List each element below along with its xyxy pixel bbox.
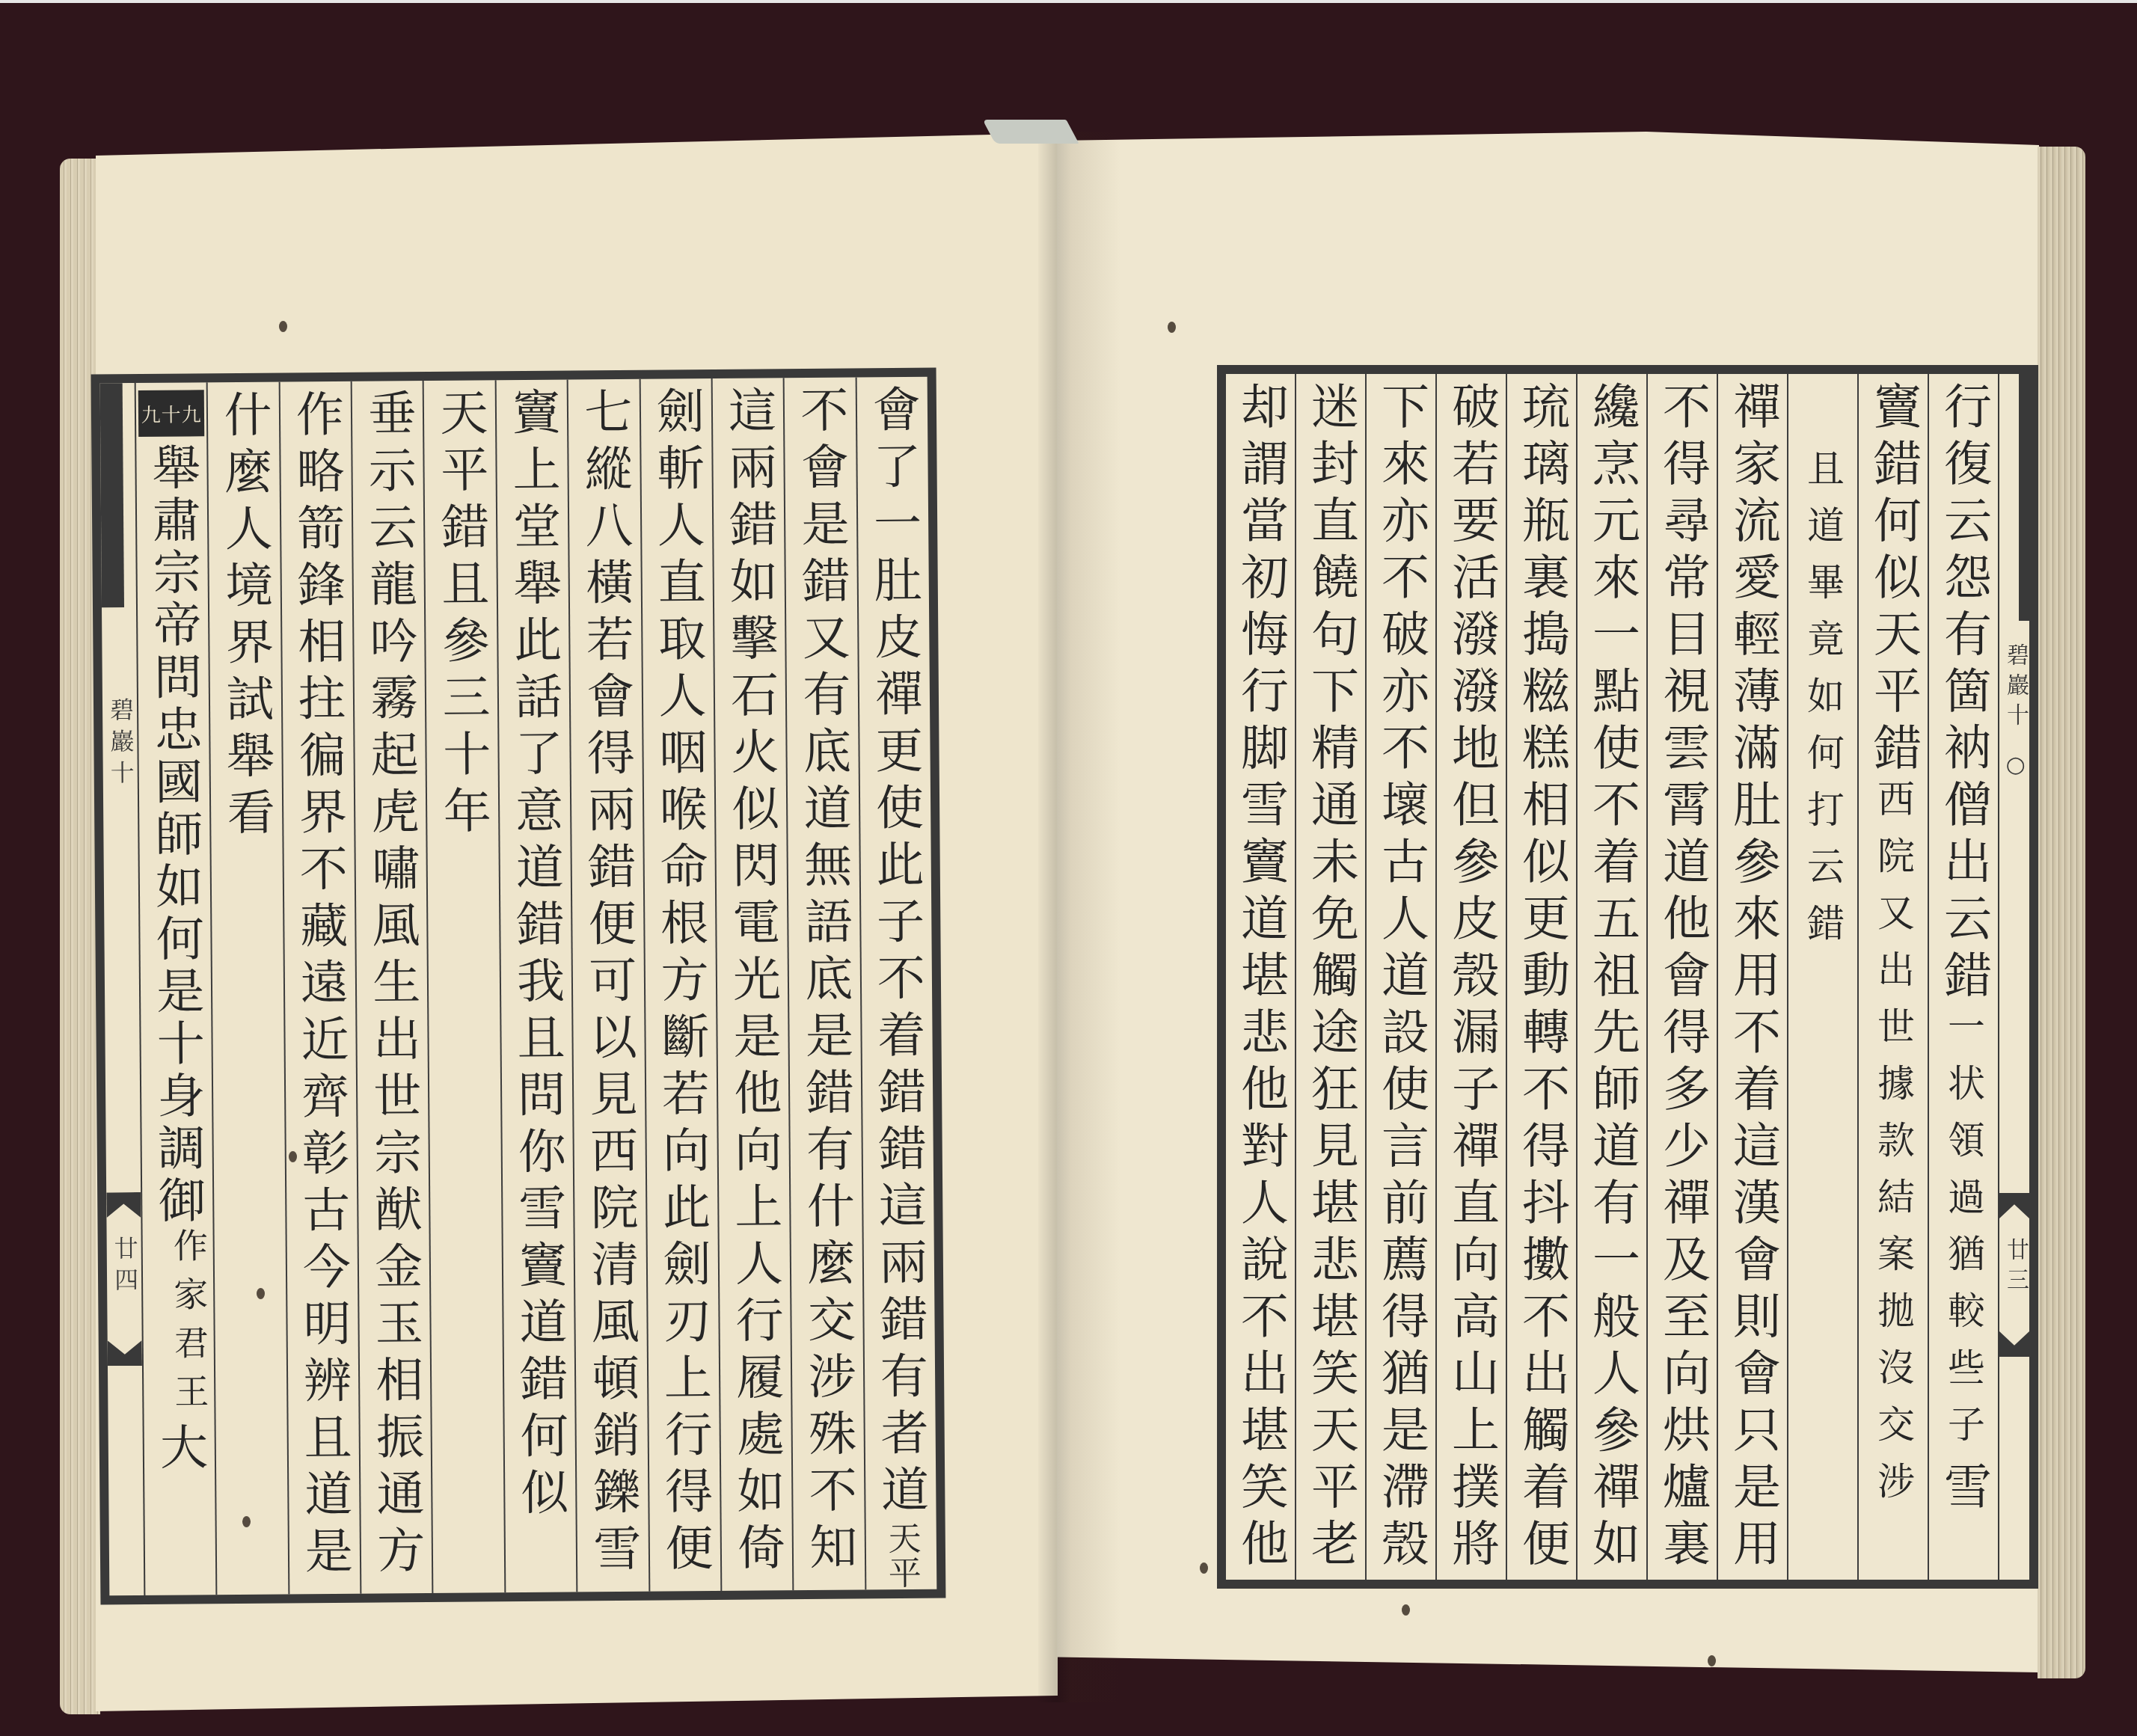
main-text: 竇上堂舉此話了意道錯我且問你雪竇道錯何似 xyxy=(508,387,565,1524)
text-column: 不得尋常目視雲霄道他會得多少禪及至向烘爐裏 xyxy=(1646,374,1717,1580)
worm-hole xyxy=(279,321,287,332)
text-column: 七縱八橫若會得兩錯便可以見西院清風頓銷鑠雪 xyxy=(567,379,649,1592)
main-text: 劍斬人直取人咽喉命根方斷若向此劍刃上行得便 xyxy=(651,386,709,1580)
text-column: 破若要活潑潑地但參皮殼漏子禪直向高山上撲將 xyxy=(1435,374,1506,1580)
main-text: 不得尋常目視雲霄道他會得多少禪及至向烘爐裏 xyxy=(1658,381,1706,1575)
main-text: 會了一肚皮禪更使此子不着錯錯這兩錯有者道 xyxy=(868,384,925,1521)
main-text: 雪 xyxy=(1940,1462,1987,1518)
left-page-columns: 會了一肚皮禪更使此子不着錯錯這兩錯有者道 天平 不會是錯又有底道無語底是錯有什麼… xyxy=(136,377,937,1595)
main-text: 琉璃瓶裏搗糍糕相似更動轉不得抖擻不出觸着便 xyxy=(1518,381,1566,1575)
elephant-trunk-mark xyxy=(100,383,124,607)
main-text: 却謂當初悔行脚雪竇道堪悲他對人說不出堪笑他 xyxy=(1236,381,1284,1575)
circle-mark-icon: ○ xyxy=(1999,752,2029,785)
main-text: 天平錯且參三十年 xyxy=(435,387,487,842)
text-column: 天平錯且參三十年 xyxy=(423,380,504,1593)
worm-hole xyxy=(257,1288,265,1299)
text-column: 劍斬人直取人咽喉命根方斷若向此劍刃上行得便 xyxy=(639,378,720,1592)
fishtail-mark-icon xyxy=(1999,1193,2029,1218)
text-column: 琉璃瓶裏搗糍糕相似更動轉不得抖擻不出觸着便 xyxy=(1506,374,1576,1580)
interlinear-note: 西院又出世據款結案拋沒交涉 xyxy=(1874,779,1912,1518)
text-column: 迷封直饒句下精通未免觸途狂見堪悲堪笑天平老 xyxy=(1295,374,1365,1580)
fishtail-mark-icon xyxy=(108,1340,142,1366)
worm-hole xyxy=(289,1151,297,1162)
text-column: 什麼人境界試舉看 xyxy=(206,381,288,1595)
paper-tab xyxy=(982,120,1079,144)
scan-top-edge xyxy=(0,0,2137,3)
worm-hole xyxy=(1200,1562,1208,1574)
main-text: 纔烹元來一點使不着五祖先師道有一般人參禪如 xyxy=(1588,381,1636,1575)
right-page-columns: 行復云怨有箇衲僧出云錯 一状領過猶較些子 雪 竇錯何似天平錯 西院又出世據款結案… xyxy=(1226,374,1998,1580)
text-column: 行復云怨有箇衲僧出云錯 一状領過猶較些子 雪 xyxy=(1928,374,1998,1580)
main-text: 垂示云龍吟霧起虎嘯風生出世宗猷金玉相振通方 xyxy=(364,388,421,1582)
text-column: 這兩錯如擊石火似閃電光是他向上人行履處如倚 xyxy=(711,378,793,1591)
text-column: 竇上堂舉此話了意道錯我且問你雪竇道錯何似 xyxy=(494,379,576,1592)
fishtail-mark-icon xyxy=(1999,1331,2029,1357)
sheet-number: 廿四 xyxy=(107,1236,142,1298)
main-text: 舉肅宗帝問忠國師如何是十身調御 xyxy=(147,442,201,1227)
worm-hole xyxy=(242,1516,251,1527)
worm-hole xyxy=(1708,1655,1716,1666)
main-text: 大 xyxy=(156,1422,204,1475)
text-column: 九十九 舉肅宗帝問忠國師如何是十身調御 作家君王 大 xyxy=(136,382,216,1595)
main-text: 什麼人境界試舉看 xyxy=(219,390,271,844)
fishtail-mark-icon xyxy=(106,1192,141,1218)
right-page-frame: 行復云怨有箇衲僧出云錯 一状領過猶較些子 雪 竇錯何似天平錯 西院又出世據款結案… xyxy=(1217,365,2038,1589)
fold-title: 碧巖十 xyxy=(1999,643,2029,733)
text-column: 竇錯何似天平錯 西院又出世據款結案拋沒交涉 xyxy=(1857,374,1928,1580)
main-text: 下來亦不破亦不壞古人道設使言前薦得猶是滯殼 xyxy=(1377,381,1425,1575)
text-column: 不會是錯又有底道無語底是錯有什麼交涉殊不知 xyxy=(783,377,865,1590)
right-fold-margin: 碧巖十 ○ 廿三 xyxy=(1998,374,2029,1580)
elephant-trunk-mark xyxy=(2019,374,2029,621)
case-number-badge: 九十九 xyxy=(138,390,204,437)
main-text-compressed: 天平 xyxy=(884,1521,918,1590)
main-text: 不會是錯又有底道無語底是錯有什麼交涉殊不知 xyxy=(796,385,853,1579)
main-text: 竇錯何似天平錯 xyxy=(1869,381,1917,779)
text-column: 却謂當初悔行脚雪竇道堪悲他對人說不出堪笑他 xyxy=(1226,374,1295,1580)
main-text: 這兩錯如擊石火似閃電光是他向上人行履處如倚 xyxy=(724,385,782,1579)
text-column: 會了一肚皮禪更使此子不着錯錯這兩錯有者道 天平 xyxy=(855,377,936,1590)
text-column: 禪家流愛輕薄滿肚參來用不着這漢會則會只是用 xyxy=(1717,374,1787,1580)
left-page-frame: 碧巖十 廿四 會了一肚皮禪更使此子不着錯錯這兩錯有者道 天平 不會是錯又有底道無… xyxy=(91,368,946,1605)
main-text: 禪家流愛輕薄滿肚參來用不着這漢會則會只是用 xyxy=(1729,381,1776,1575)
text-column: 作略箭鋒相拄徧界不藏遠近齊彰古今明辨且道是 xyxy=(278,381,360,1595)
main-text: 七縱八橫若會得兩錯便可以見西院清風頓銷鑠雪 xyxy=(580,387,637,1580)
interlinear-note: 一状領過猶較些子 xyxy=(1945,1007,1982,1462)
main-text: 行復云怨有箇衲僧出云錯 xyxy=(1940,381,1987,1007)
gutter-shadow xyxy=(1038,132,1120,1702)
main-text: 作略箭鋒相拄徧界不藏遠近齊彰古今明辨且道是 xyxy=(292,389,349,1583)
worm-hole xyxy=(1402,1604,1410,1616)
sheet-number: 廿三 xyxy=(1999,1238,2029,1298)
worm-hole xyxy=(1168,322,1176,333)
interlinear-note: 且道畢竟如何打云錯 xyxy=(1804,449,1842,960)
text-column: 垂示云龍吟霧起虎嘯風生出世宗猷金玉相振通方 xyxy=(351,381,432,1594)
text-column: 下來亦不破亦不壞古人道設使言前薦得猶是滯殼 xyxy=(1365,374,1435,1580)
main-text: 迷封直饒句下精通未免觸途狂見堪悲堪笑天平老 xyxy=(1307,381,1355,1575)
main-text: 破若要活潑潑地但參皮殼漏子禪直向高山上撲將 xyxy=(1447,381,1495,1575)
interlinear-note: 作家君王 xyxy=(171,1227,207,1422)
right-page-edge-stack xyxy=(2038,147,2085,1678)
text-column: 纔烹元來一點使不着五祖先師道有一般人參禪如 xyxy=(1576,374,1646,1580)
fold-title: 碧巖十 xyxy=(102,697,138,791)
text-column: 且道畢竟如何打云錯 xyxy=(1787,374,1857,1580)
